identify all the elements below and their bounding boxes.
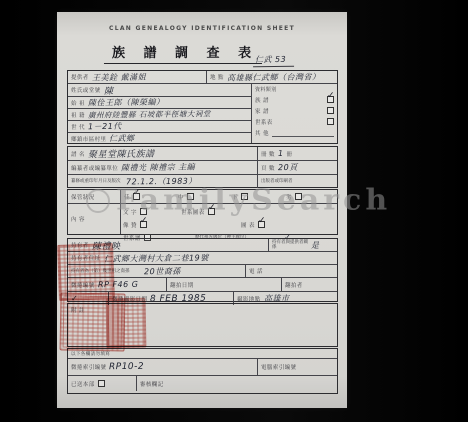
condition-fair: 中 xyxy=(175,190,229,203)
checkmark: ✓ xyxy=(258,216,266,226)
content-items-grid: 文 字 世系圖表 ✓ 像 贊 ✓ 圖 表 ✓ xyxy=(121,204,337,234)
condition-poor: 下 xyxy=(229,190,283,203)
content-item-label: 像 贊 xyxy=(123,221,137,229)
phone-field: 電 話 xyxy=(246,265,337,277)
ancestral-home-label: 祖 籍 xyxy=(71,111,85,119)
compiler-value: 陳禮光 陳禮宗 主編 xyxy=(121,162,195,174)
film-index-field: 微捲索引編號 RP10-2 xyxy=(68,359,258,375)
surname-value: 陳 xyxy=(103,84,113,96)
record-type-item: 家 譜 xyxy=(255,105,334,116)
content-label: 內 容 xyxy=(71,215,85,223)
content-item-label: 世系圖表 xyxy=(181,208,205,216)
other-blank-line xyxy=(272,129,334,137)
charts-checkbox: ✓ xyxy=(258,221,265,228)
identification-left-column: 姓氏或堂號 陳 始 祖 陳佺王郎（陳榮編） 祖 籍 廣州府陸豐縣 石坡都半徑塘大… xyxy=(68,84,252,143)
volumes-label: 冊 數 xyxy=(261,150,275,158)
red-seal-stamp xyxy=(106,298,147,349)
content-item-label: 文 字 xyxy=(123,208,137,216)
record-type-label: 家 譜 xyxy=(255,107,269,115)
condition-good-checkbox: ✓ xyxy=(133,193,140,200)
reshooter-label: 翻拍者 xyxy=(285,281,303,289)
phone-label: 電 話 xyxy=(249,267,263,275)
genealogy-title-field: 譜 名 聚星堂陳氏族譜 xyxy=(68,147,258,160)
record-type-label: 世系表 xyxy=(255,118,273,126)
record-type-label: 族 譜 xyxy=(255,96,269,104)
pedigree-chart-checkbox xyxy=(327,118,334,125)
volumes-unit: 冊 xyxy=(287,150,293,158)
condition-label-cell: 保管狀況 xyxy=(68,190,121,203)
provider-field: 提供者 王美銓 戴滿姐 xyxy=(68,71,207,83)
checkmark: ✓ xyxy=(140,216,148,226)
place-value: 高雄縣仁武鄉（台灣省） xyxy=(227,71,321,83)
record-type-column: 資料類別 族 譜 ✓ 家 譜 世系表 其 他 xyxy=(252,84,337,143)
pages-value: 20頁 xyxy=(278,162,298,173)
content-item: 文 字 xyxy=(123,205,181,218)
office-use-notice: 以下各欄請勿填寫 xyxy=(71,351,110,357)
content-item: 世系圖表 ✓ xyxy=(181,205,253,218)
form-title: 族 譜 調 查 表 xyxy=(104,42,262,64)
checkmark: ✓ xyxy=(327,91,335,101)
condition-good: 佳 ✓ xyxy=(121,190,175,203)
first-ancestor-label: 始 祖 xyxy=(71,99,85,107)
provider-value: 王美銓 戴滿姐 xyxy=(92,71,146,83)
content-item: 像 贊 ✓ xyxy=(123,218,241,231)
publisher-field: 出版者或印刷者 xyxy=(258,175,337,188)
surname-field: 姓氏或堂號 陳 xyxy=(68,84,251,96)
condition-bad-checkbox xyxy=(295,193,302,200)
checkmark: ✓ xyxy=(208,203,216,213)
record-type-item: 其 他 xyxy=(255,127,334,138)
ancestral-home-value: 廣州府陸豐縣 石坡都半徑塘大祠堂 xyxy=(88,109,211,120)
condition-label: 保管狀況 xyxy=(71,193,95,201)
volumes-value: 1 xyxy=(278,149,284,158)
film-index-value: RP10-2 xyxy=(109,362,144,372)
edition-label: 纂修或重印年月日及版次 xyxy=(71,179,123,184)
computer-index-field: 電腦索引編號 xyxy=(258,359,337,375)
condition-option-label: 劣 xyxy=(286,193,292,201)
condition-option-label: 佳 xyxy=(124,193,130,201)
clan-genealogy-checkbox: ✓ xyxy=(327,96,334,103)
reshoot-date-field: 翻拍日期 xyxy=(167,278,282,291)
film-place-label: 攝影地點 xyxy=(237,295,261,303)
first-ancestor-value: 陳佺王郎（陳榮編） xyxy=(88,97,165,108)
descent-value: 20世裔孫 xyxy=(144,265,181,276)
section-condition-content: 保管狀況 佳 ✓ 中 下 劣 xyxy=(67,189,338,235)
place-label: 地 點 xyxy=(210,73,224,81)
genealogy-title-label: 譜 名 xyxy=(71,150,85,158)
content-item-label: 圖 表 xyxy=(241,221,255,229)
submitted-checkbox xyxy=(98,380,105,387)
edition-field: 纂修或重印年月日及版次 72.1.2.（1983） xyxy=(68,175,258,188)
condition-bad: 劣 xyxy=(283,190,337,203)
film-index-label: 微捲索引編號 xyxy=(71,363,106,371)
first-ancestor-field: 始 祖 陳佺王郎（陳榮編） xyxy=(68,97,251,108)
publisher-label: 出版者或印刷者 xyxy=(261,179,295,184)
generations-value: 1－21代 xyxy=(88,121,122,132)
content-item: 圖 表 ✓ xyxy=(241,218,299,231)
scan-background: CLAN GENEALOGY IDENTIFICATION SHEET 族 譜 … xyxy=(0,0,468,422)
holder-relation-value: 是 xyxy=(311,239,320,250)
compiler-label: 編纂者或編纂單位 xyxy=(71,164,118,172)
record-type-item: 族 譜 ✓ xyxy=(255,94,334,105)
condition-poor-checkbox xyxy=(241,193,248,200)
section-office-use: 以下各欄請勿填寫 微捲索引編號 RP10-2 電腦索引編號 已送本部 xyxy=(67,348,338,394)
family-genealogy-checkbox xyxy=(327,107,334,114)
village-label: 鄉鎮市區村里 xyxy=(71,135,106,143)
holder-relation-field: 持有者與提供者關係 是 xyxy=(269,239,337,251)
section-identification: 提供者 王美銓 戴滿姐 地 點 高雄縣仁武鄉（台灣省） 姓氏或堂號 陳 始 祖 xyxy=(67,70,338,144)
village-field: 鄉鎮市區村里 仁武鄉 xyxy=(68,133,251,144)
submitted-label: 已送本部 xyxy=(71,380,95,388)
pages-label: 頁 數 xyxy=(261,164,275,172)
record-type-header: 資料類別 xyxy=(255,86,277,93)
volumes-field: 冊 數 1 冊 xyxy=(258,147,337,160)
portrait-checkbox: ✓ xyxy=(140,221,147,228)
reshoot-date-label: 翻拍日期 xyxy=(170,281,194,289)
computer-index-label: 電腦索引編號 xyxy=(261,363,296,371)
edition-value: 72.1.2.（1983） xyxy=(126,176,197,188)
village-value: 仁武鄉 xyxy=(109,133,135,144)
surname-label: 姓氏或堂號 xyxy=(71,86,101,94)
compiler-field: 編纂者或編纂單位 陳禮光 陳禮宗 主編 xyxy=(68,161,258,174)
review-label: 審核欄記 xyxy=(140,380,164,388)
provider-label: 提供者 xyxy=(71,73,89,81)
content-label-cell: 內 容 xyxy=(68,204,121,234)
condition-option-label: 下 xyxy=(232,193,238,201)
ancestral-home-field: 祖 籍 廣州府陸豐縣 石坡都半徑塘大祠堂 xyxy=(68,109,251,120)
record-type-item: 世系表 xyxy=(255,116,334,127)
genealogy-title-value: 聚星堂陳氏族譜 xyxy=(88,147,155,160)
english-header: CLAN GENEALOGY IDENTIFICATION SHEET xyxy=(57,25,347,32)
pedigree-diagram-checkbox: ✓ xyxy=(208,208,215,215)
reshooter-field: 翻拍者 xyxy=(282,278,337,291)
holder-address-value: 仁武鄉大灣村大倉二巷19號 xyxy=(103,252,208,264)
holder-relation-label: 持有者與提供者關係 xyxy=(272,240,308,250)
text-checkbox xyxy=(140,208,147,215)
pages-field: 頁 數 20頁 xyxy=(258,161,337,174)
section-bibliographic: 譜 名 聚星堂陳氏族譜 冊 數 1 冊 編纂者或編纂單位 陳禮光 陳禮宗 主編 … xyxy=(67,146,338,188)
condition-option-label: 中 xyxy=(178,193,184,201)
place-field: 地 點 高雄縣仁武鄉（台灣省） xyxy=(207,71,337,83)
generations-label: 世 代 xyxy=(71,123,85,131)
review-field: 審核欄記 xyxy=(137,376,337,391)
checkmark: ✓ xyxy=(133,190,141,198)
locality-annotation: 仁武 53 xyxy=(253,54,294,68)
submitted-field: 已送本部 xyxy=(68,376,137,391)
record-type-label: 其 他 xyxy=(255,129,269,137)
generations-field: 世 代 1－21代 xyxy=(68,121,251,132)
condition-fair-checkbox xyxy=(187,193,194,200)
